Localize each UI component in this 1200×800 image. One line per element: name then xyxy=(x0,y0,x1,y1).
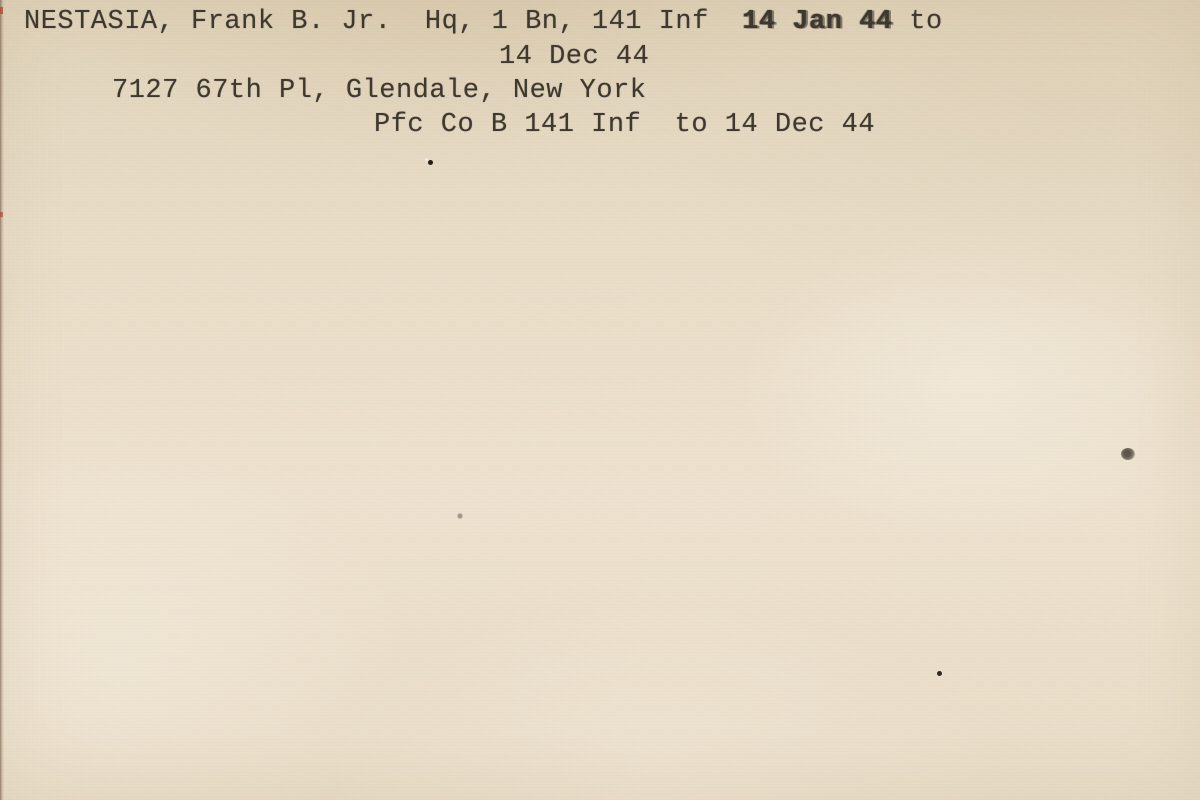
faint-dot-artifact xyxy=(457,513,463,519)
service-start-date-overstruck: 14 Jan 44 xyxy=(742,7,892,37)
ink-speck-artifact xyxy=(428,160,433,165)
to-connector-text: to xyxy=(893,7,943,37)
service-end-date-text: 14 Dec 44 xyxy=(499,42,649,73)
soldier-name-and-unit-text: NESTASIA, Frank B. Jr. Hq, 1 Bn, 141 Inf xyxy=(24,7,742,37)
scanned-index-card: NESTASIA, Frank B. Jr. Hq, 1 Bn, 141 Inf… xyxy=(0,0,1200,800)
edge-red-speck xyxy=(0,212,3,217)
home-address-text: 7127 67th Pl, Glendale, New York xyxy=(112,76,646,107)
scan-edge-shadow xyxy=(0,0,4,800)
small-dark-dot-artifact xyxy=(937,671,942,676)
rank-company-assignment-text: Pfc Co B 141 Inf to 14 Dec 44 xyxy=(374,110,875,141)
large-gray-speck-artifact xyxy=(1121,448,1135,460)
card-line-name-unit: NESTASIA, Frank B. Jr. Hq, 1 Bn, 141 Inf… xyxy=(24,7,943,38)
edge-red-speck xyxy=(0,7,3,14)
